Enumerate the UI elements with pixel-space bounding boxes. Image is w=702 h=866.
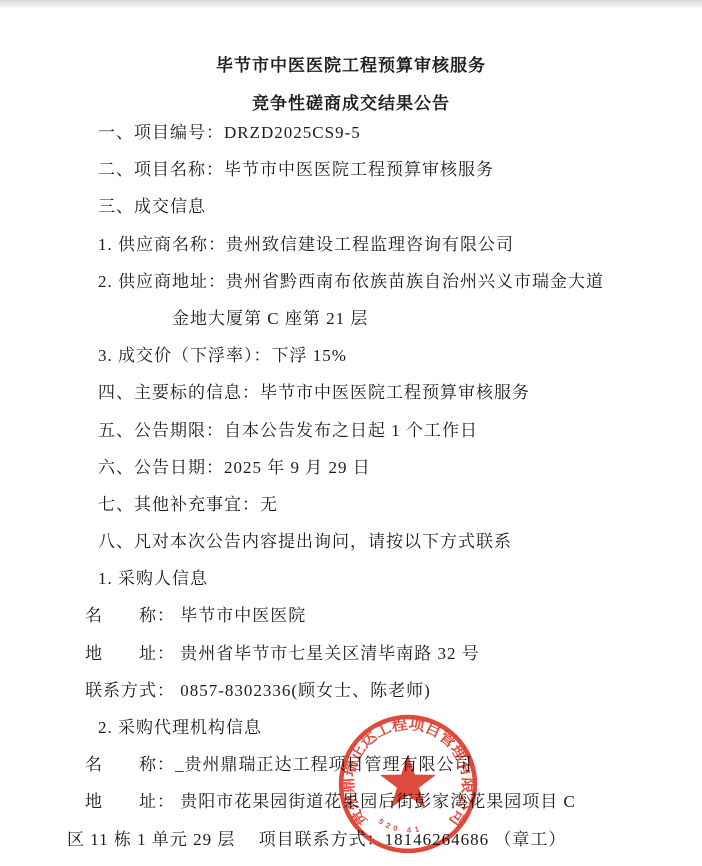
document-line: 联系方式： 0857-8302336(顾女士、陈老师) <box>67 672 667 709</box>
document-line: 2. 供应商地址：贵州省黔西南布依族苗族自治州兴义市瑞金大道 <box>67 263 667 300</box>
document-title: 毕节市中医医院工程预算审核服务 竞争性磋商成交结果公告 <box>67 47 635 123</box>
document-title-line1: 毕节市中医医院工程预算审核服务 <box>67 47 635 85</box>
document-line: 五、公告期限：自本公告发布之日起 1 个工作日 <box>67 412 667 449</box>
document-line: 2. 采购代理机构信息 <box>67 709 667 746</box>
document-line: 1. 供应商名称：贵州致信建设工程监理咨询有限公司 <box>67 226 667 263</box>
document-line: 七、其他补充事宜：无 <box>67 486 667 523</box>
document-line: 3. 成交价（下浮率）：下浮 15% <box>67 337 667 374</box>
document-line: 四、主要标的信息：毕节市中医医院工程预算审核服务 <box>67 374 667 411</box>
document-line: 三、成交信息 <box>67 188 667 225</box>
document-line: 地 址： 贵阳市花果园街道花果园后街彭家湾花果园项目 C <box>67 783 667 820</box>
document-line: 区 11 栋 1 单元 29 层 项目联系方式：18146264686 （章工） <box>67 821 667 858</box>
document-line: 一、项目编号：DRZD2025CS9-5 <box>67 114 667 151</box>
document-line: 六、公告日期：2025 年 9 月 29 日 <box>67 449 667 486</box>
document-line: 八、凡对本次公告内容提出询问，请按以下方式联系 <box>67 523 667 560</box>
document-line: 地 址： 贵州省毕节市七星关区清毕南路 32 号 <box>67 635 667 672</box>
document-line: 1. 采购人信息 <box>67 560 667 597</box>
document-line: 金地大厦第 C 座第 21 层 <box>67 300 667 337</box>
document-line: 二、项目名称：毕节市中医医院工程预算审核服务 <box>67 151 667 188</box>
page-top-shadow <box>0 0 702 9</box>
document-body: 一、项目编号：DRZD2025CS9-5 二、项目名称：毕节市中医医院工程预算审… <box>67 114 667 858</box>
document-line: 名 称： 毕节市中医医院 <box>67 597 667 634</box>
document-line: 名 称：_贵州鼎瑞正达工程项目管理有限公司 <box>67 746 667 783</box>
